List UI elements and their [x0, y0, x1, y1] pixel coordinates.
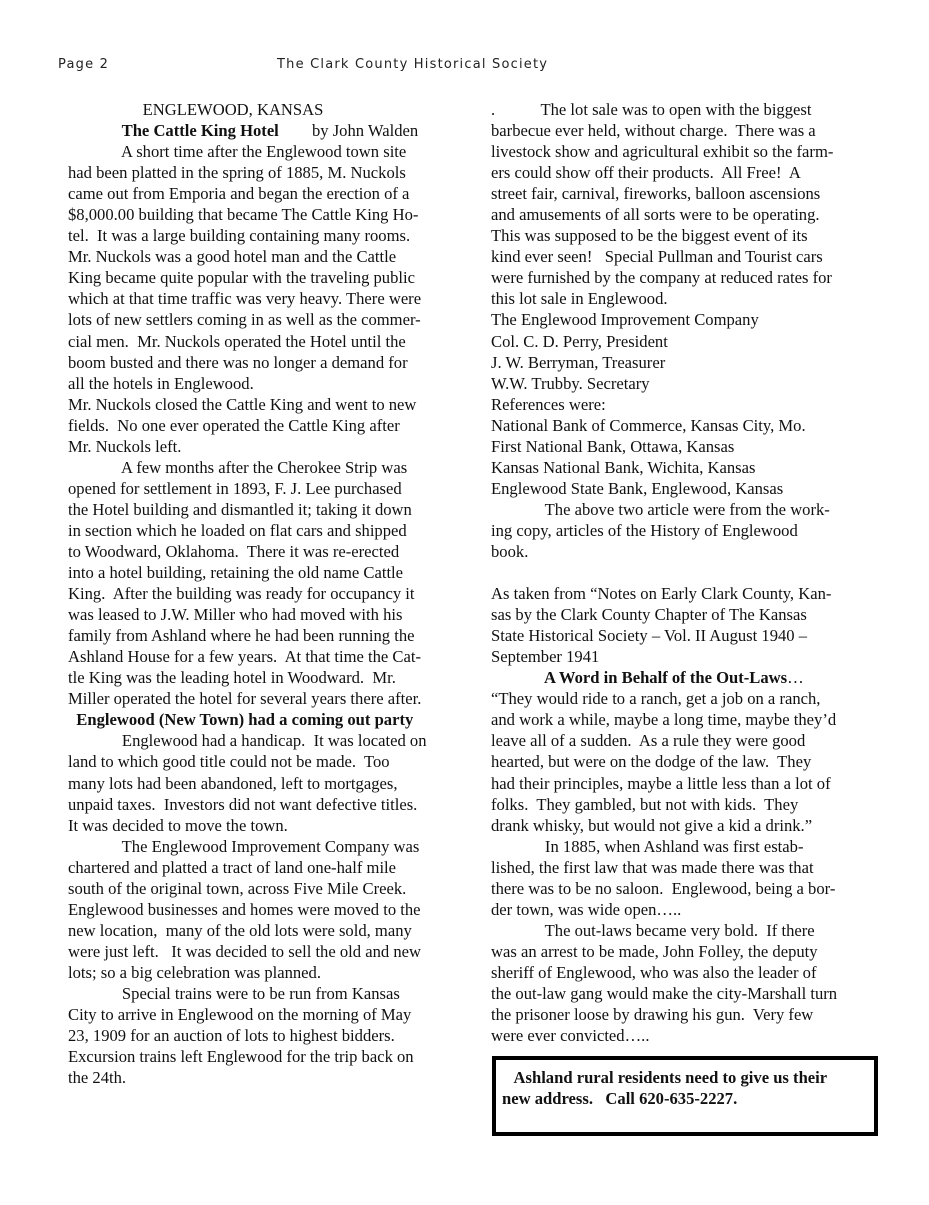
body-text: Mr. Nuckols left.	[68, 437, 181, 456]
text-line: all the hotels in Englewood.	[68, 373, 463, 394]
body-text: family from Ashland where he had been ru…	[68, 626, 415, 645]
body-text: Mr. Nuckols was a good hotel man and the…	[68, 247, 396, 266]
text-line: City to arrive in Englewood on the morni…	[68, 1004, 463, 1025]
text-line: A few months after the Cherokee Strip wa…	[68, 457, 463, 478]
text-line: State Historical Society – Vol. II Augus…	[491, 625, 881, 646]
text-line: A short time after the Englewood town si…	[68, 141, 463, 162]
text-line: September 1941	[491, 646, 881, 667]
text-line: Englewood State Bank, Englewood, Kansas	[491, 478, 881, 499]
text-line: street fair, carnival, fireworks, balloo…	[491, 183, 881, 204]
body-text: was leased to J.W. Miller who had moved …	[68, 605, 402, 624]
body-text: In 1885, when Ashland was first estab-	[491, 837, 803, 856]
body-text: The out-laws became very bold. If there	[491, 921, 815, 940]
body-text: tle King was the leading hotel in Woodwa…	[68, 668, 396, 687]
text-line: The Cattle King Hotel by John Walden	[68, 120, 463, 141]
text-line: kind ever seen! Special Pullman and Tour…	[491, 246, 881, 267]
body-text: unpaid taxes. Investors did not want def…	[68, 795, 417, 814]
text-line: new location, many of the old lots were …	[68, 920, 463, 941]
text-line: the 24th.	[68, 1067, 463, 1088]
body-text: This was supposed to be the biggest even…	[491, 226, 808, 245]
text-line: barbecue ever held, without charge. Ther…	[491, 120, 881, 141]
body-text: into a hotel building, retaining the old…	[68, 563, 403, 582]
body-text: chartered and platted a tract of land on…	[68, 858, 396, 877]
text-line: The Englewood Improvement Company	[491, 309, 881, 330]
text-line: drank whisky, but would not give a kid a…	[491, 815, 881, 836]
body-text: J. W. Berryman, Treasurer	[491, 353, 665, 372]
text-line: The Englewood Improvement Company was	[68, 836, 463, 857]
text-line: lished, the first law that was made ther…	[491, 857, 881, 878]
text-line: The above two article were from the work…	[491, 499, 881, 520]
body-text: hearted, but were on the dodge of the la…	[491, 752, 811, 771]
text-line: many lots had been abandoned, left to mo…	[68, 773, 463, 794]
body-text: King. After the building was ready for o…	[68, 584, 415, 603]
body-text: was an arrest to be made, John Folley, t…	[491, 942, 818, 961]
body-text: $8,000.00 building that became The Cattl…	[68, 205, 418, 224]
notice-line-1: Ashland rural residents need to give us …	[502, 1067, 827, 1088]
body-text: the 24th.	[68, 1068, 126, 1087]
text-line: were just left. It was decided to sell t…	[68, 941, 463, 962]
text-line: ENGLEWOOD, KANSAS	[68, 99, 463, 120]
text-line: Mr. Nuckols left.	[68, 436, 463, 457]
text-line: the prisoner loose by drawing his gun. V…	[491, 1004, 881, 1025]
body-text: cial men. Mr. Nuckols operated the Hotel…	[68, 332, 406, 351]
body-text: Col. C. D. Perry, President	[491, 332, 668, 351]
line-suffix: by John Walden	[279, 121, 418, 140]
body-text: many lots had been abandoned, left to mo…	[68, 774, 397, 793]
body-text: fields. No one ever operated the Cattle …	[68, 416, 400, 435]
body-text: A few months after the Cherokee Strip wa…	[68, 458, 407, 477]
body-text: Excursion trains left Englewood for the …	[68, 1047, 414, 1066]
text-line: livestock show and agricultural exhibit …	[491, 141, 881, 162]
text-line: King. After the building was ready for o…	[68, 583, 463, 604]
text-line: family from Ashland where he had been ru…	[68, 625, 463, 646]
text-line: As taken from “Notes on Early Clark Coun…	[491, 583, 881, 604]
text-line: into a hotel building, retaining the old…	[68, 562, 463, 583]
text-line: south of the original town, across Five …	[68, 878, 463, 899]
body-text: Kansas National Bank, Wichita, Kansas	[491, 458, 755, 477]
body-text: A short time after the Englewood town si…	[68, 142, 406, 161]
text-line: Special trains were to be run from Kansa…	[68, 983, 463, 1004]
body-text: First National Bank, Ottawa, Kansas	[491, 437, 734, 456]
notice-box: Ashland rural residents need to give us …	[492, 1056, 878, 1136]
body-text: livestock show and agricultural exhibit …	[491, 142, 833, 161]
body-text: Special trains were to be run from Kansa…	[68, 984, 400, 1003]
text-line: leave all of a sudden. As a rule they we…	[491, 730, 881, 751]
text-line: “They would ride to a ranch, get a job o…	[491, 688, 881, 709]
body-text: Englewood businesses and homes were move…	[68, 900, 421, 919]
body-text: were ever convicted…..	[491, 1026, 649, 1045]
body-text: to Woodward, Oklahoma. There it was re-e…	[68, 542, 399, 561]
body-text: had their principles, maybe a little les…	[491, 774, 831, 793]
notice-text: Ashland rural residents need to give us …	[502, 1067, 827, 1109]
text-line: King became quite popular with the trave…	[68, 267, 463, 288]
text-line: were ever convicted…..	[491, 1025, 881, 1046]
heading-text: The Cattle King Hotel	[68, 121, 279, 140]
text-line: which at that time traffic was very heav…	[68, 288, 463, 309]
text-line: ers could show off their products. All F…	[491, 162, 881, 183]
body-text: der town, was wide open…..	[491, 900, 681, 919]
body-text: the prisoner loose by drawing his gun. V…	[491, 1005, 813, 1024]
body-text: which at that time traffic was very heav…	[68, 289, 421, 308]
line-suffix: …	[787, 668, 804, 687]
text-line: this lot sale in Englewood.	[491, 288, 881, 309]
body-text: sas by the Clark County Chapter of The K…	[491, 605, 807, 624]
body-text: folks. They gambled, but not with kids. …	[491, 795, 798, 814]
text-line: folks. They gambled, but not with kids. …	[491, 794, 881, 815]
text-line: It was decided to move the town.	[68, 815, 463, 836]
body-text: City to arrive in Englewood on the morni…	[68, 1005, 411, 1024]
text-line: In 1885, when Ashland was first estab-	[491, 836, 881, 857]
body-text: National Bank of Commerce, Kansas City, …	[491, 416, 806, 435]
text-line: Col. C. D. Perry, President	[491, 331, 881, 352]
heading-text: Englewood (New Town) had a coming out pa…	[68, 710, 413, 729]
text-line: were furnished by the company at reduced…	[491, 267, 881, 288]
text-line: fields. No one ever operated the Cattle …	[68, 415, 463, 436]
body-text: Englewood State Bank, Englewood, Kansas	[491, 479, 783, 498]
text-line: Mr. Nuckols closed the Cattle King and w…	[68, 394, 463, 415]
text-line: 23, 1909 for an auction of lots to highe…	[68, 1025, 463, 1046]
text-line: and work a while, maybe a long time, may…	[491, 709, 881, 730]
text-line: chartered and platted a tract of land on…	[68, 857, 463, 878]
text-line: J. W. Berryman, Treasurer	[491, 352, 881, 373]
body-text: King became quite popular with the trave…	[68, 268, 415, 287]
body-text: leave all of a sudden. As a rule they we…	[491, 731, 805, 750]
body-text: the out-law gang would make the city-Mar…	[491, 984, 837, 1003]
body-text: were just left. It was decided to sell t…	[68, 942, 421, 961]
body-text: The above two article were from the work…	[491, 500, 830, 519]
body-text: The Englewood Improvement Company	[491, 310, 759, 329]
notice-line-2: new address. Call 620-635-2227.	[502, 1088, 827, 1109]
text-line: ing copy, articles of the History of Eng…	[491, 520, 881, 541]
text-line: land to which good title could not be ma…	[68, 751, 463, 772]
body-text: barbecue ever held, without charge. Ther…	[491, 121, 816, 140]
text-line	[491, 562, 881, 583]
text-line: Ashland House for a few years. At that t…	[68, 646, 463, 667]
body-text: ENGLEWOOD, KANSAS	[68, 100, 323, 119]
body-text: Englewood had a handicap. It was located…	[68, 731, 427, 750]
text-line: tle King was the leading hotel in Woodwa…	[68, 667, 463, 688]
body-text: all the hotels in Englewood.	[68, 374, 254, 393]
body-text: opened for settlement in 1893, F. J. Lee…	[68, 479, 402, 498]
text-line: Englewood (New Town) had a coming out pa…	[68, 709, 463, 730]
text-line: had been platted in the spring of 1885, …	[68, 162, 463, 183]
left-column: ENGLEWOOD, KANSAS The Cattle King Hotel …	[68, 99, 463, 1088]
text-line: had their principles, maybe a little les…	[491, 773, 881, 794]
text-line: cial men. Mr. Nuckols operated the Hotel…	[68, 331, 463, 352]
text-line: sas by the Clark County Chapter of The K…	[491, 604, 881, 625]
body-text: sheriff of Englewood, who was also the l…	[491, 963, 816, 982]
body-text: came out from Emporia and began the erec…	[68, 184, 409, 203]
text-line: lots; so a big celebration was planned.	[68, 962, 463, 983]
body-text: tel. It was a large building containing …	[68, 226, 410, 245]
body-text: lots of new settlers coming in as well a…	[68, 310, 421, 329]
body-text: this lot sale in Englewood.	[491, 289, 668, 308]
text-line: Mr. Nuckols was a good hotel man and the…	[68, 246, 463, 267]
body-text: W.W. Trubby. Secretary	[491, 374, 650, 393]
text-line: hearted, but were on the dodge of the la…	[491, 751, 881, 772]
text-line: National Bank of Commerce, Kansas City, …	[491, 415, 881, 436]
text-line: . The lot sale was to open with the bigg…	[491, 99, 881, 120]
body-text: The Englewood Improvement Company was	[68, 837, 419, 856]
text-line: W.W. Trubby. Secretary	[491, 373, 881, 394]
text-line: Miller operated the hotel for several ye…	[68, 688, 463, 709]
text-line: book.	[491, 541, 881, 562]
body-text: ers could show off their products. All F…	[491, 163, 801, 182]
body-text: boom busted and there was no longer a de…	[68, 353, 408, 372]
body-text: September 1941	[491, 647, 599, 666]
text-line: First National Bank, Ottawa, Kansas	[491, 436, 881, 457]
text-line: and amusements of all sorts were to be o…	[491, 204, 881, 225]
body-text: 23, 1909 for an auction of lots to highe…	[68, 1026, 395, 1045]
body-text: It was decided to move the town.	[68, 816, 288, 835]
body-text: Miller operated the hotel for several ye…	[68, 689, 421, 708]
body-text: State Historical Society – Vol. II Augus…	[491, 626, 807, 645]
text-line: the out-law gang would make the city-Mar…	[491, 983, 881, 1004]
text-line: Kansas National Bank, Wichita, Kansas	[491, 457, 881, 478]
text-line: the Hotel building and dismantled it; ta…	[68, 499, 463, 520]
body-text: street fair, carnival, fireworks, balloo…	[491, 184, 820, 203]
text-line: in section which he loaded on flat cars …	[68, 520, 463, 541]
body-text: ing copy, articles of the History of Eng…	[491, 521, 798, 540]
text-line: was an arrest to be made, John Folley, t…	[491, 941, 881, 962]
text-line: to Woodward, Oklahoma. There it was re-e…	[68, 541, 463, 562]
text-line: Excursion trains left Englewood for the …	[68, 1046, 463, 1067]
body-text: Mr. Nuckols closed the Cattle King and w…	[68, 395, 416, 414]
body-text: and amusements of all sorts were to be o…	[491, 205, 820, 224]
body-text: References were:	[491, 395, 606, 414]
text-line: der town, was wide open…..	[491, 899, 881, 920]
body-text: lished, the first law that was made ther…	[491, 858, 814, 877]
body-text: “They would ride to a ranch, get a job o…	[491, 689, 820, 708]
text-line: sheriff of Englewood, who was also the l…	[491, 962, 881, 983]
body-text: As taken from “Notes on Early Clark Coun…	[491, 584, 831, 603]
text-line: References were:	[491, 394, 881, 415]
text-line: Englewood businesses and homes were move…	[68, 899, 463, 920]
text-line: $8,000.00 building that became The Cattl…	[68, 204, 463, 225]
body-text: book.	[491, 542, 528, 561]
text-line: lots of new settlers coming in as well a…	[68, 309, 463, 330]
body-text: the Hotel building and dismantled it; ta…	[68, 500, 412, 519]
text-line: there was to be no saloon. Englewood, be…	[491, 878, 881, 899]
body-text: in section which he loaded on flat cars …	[68, 521, 407, 540]
body-text: were furnished by the company at reduced…	[491, 268, 832, 287]
text-line: opened for settlement in 1893, F. J. Lee…	[68, 478, 463, 499]
body-text: and work a while, maybe a long time, may…	[491, 710, 836, 729]
page-number: Page 2	[58, 57, 109, 72]
text-line: A Word in Behalf of the Out-Laws…	[491, 667, 881, 688]
body-text: drank whisky, but would not give a kid a…	[491, 816, 812, 835]
text-line: The out-laws became very bold. If there	[491, 920, 881, 941]
body-text: lots; so a big celebration was planned.	[68, 963, 321, 982]
right-column: . The lot sale was to open with the bigg…	[491, 99, 881, 1046]
body-text: land to which good title could not be ma…	[68, 752, 390, 771]
text-line: unpaid taxes. Investors did not want def…	[68, 794, 463, 815]
body-text: there was to be no saloon. Englewood, be…	[491, 879, 835, 898]
body-text: Ashland House for a few years. At that t…	[68, 647, 421, 666]
text-line: tel. It was a large building containing …	[68, 225, 463, 246]
text-line: Englewood had a handicap. It was located…	[68, 730, 463, 751]
text-line: came out from Emporia and began the erec…	[68, 183, 463, 204]
publication-title: The Clark County Historical Society	[277, 57, 548, 72]
body-text: kind ever seen! Special Pullman and Tour…	[491, 247, 823, 266]
body-text: south of the original town, across Five …	[68, 879, 406, 898]
body-text: had been platted in the spring of 1885, …	[68, 163, 406, 182]
text-line: was leased to J.W. Miller who had moved …	[68, 604, 463, 625]
text-line: boom busted and there was no longer a de…	[68, 352, 463, 373]
body-text: new location, many of the old lots were …	[68, 921, 412, 940]
heading-text: A Word in Behalf of the Out-Laws	[491, 668, 787, 687]
text-line: This was supposed to be the biggest even…	[491, 225, 881, 246]
body-text: . The lot sale was to open with the bigg…	[491, 100, 811, 119]
